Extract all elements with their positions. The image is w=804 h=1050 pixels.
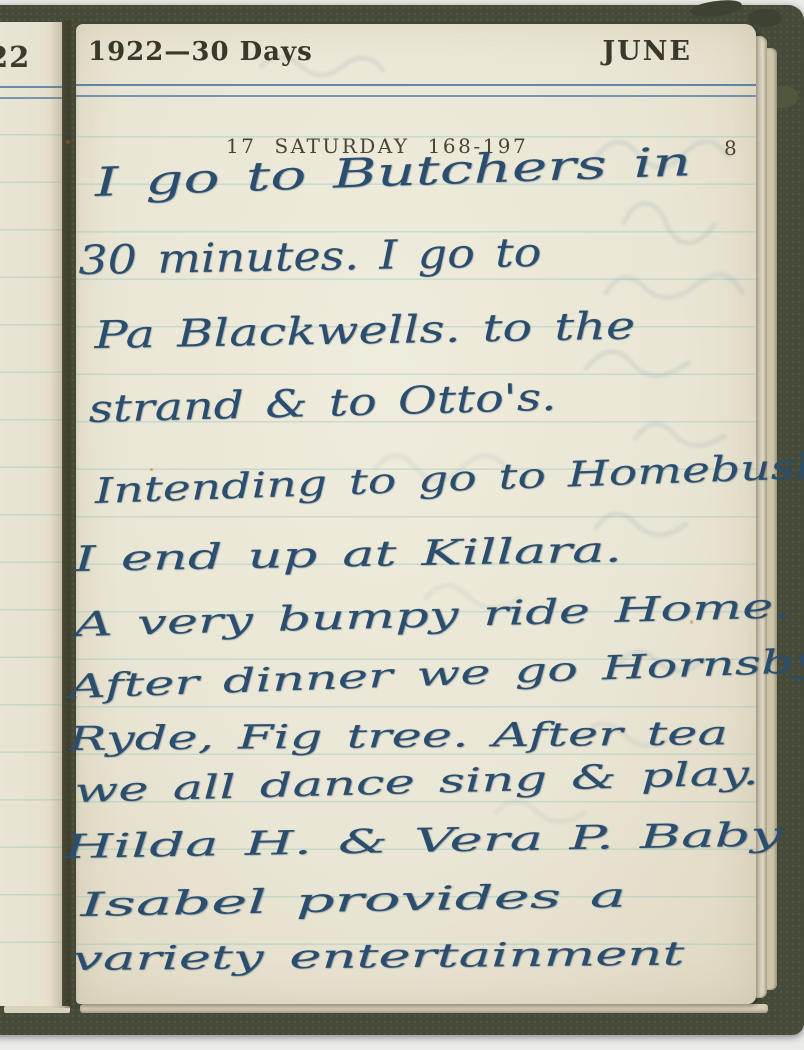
diary-entry-line: we all dance sing & play.: [74, 754, 759, 810]
diary-entry-line: Intending to go to Homebush: [94, 446, 804, 512]
diary-entry-line: Pa Blackwells. to the: [94, 305, 636, 358]
facing-page-year-fragment: 22: [0, 40, 30, 74]
diary-entry-line: After dinner we go Hornsby: [68, 642, 804, 706]
diary-scan: 22 1922—30 Days JUNE 17: [0, 0, 804, 1050]
header-month: JUNE: [602, 36, 692, 67]
printed-double-rule: [76, 84, 756, 97]
diary-entry-line: A very bumpy ride Home.: [74, 587, 791, 645]
page-number: 8: [724, 136, 737, 160]
diary-entry-line: I end up at Killara.: [74, 530, 622, 580]
header-year-days: 1922—30 Days: [88, 37, 313, 67]
page-edge-bottom: [80, 1004, 768, 1013]
diary-entry-line: variety entertainment: [72, 935, 684, 978]
diary-entry-line: Ryde, Fig tree. After tea: [68, 714, 728, 758]
diary-entry-line: 30 minutes. I go to: [78, 230, 542, 284]
diary-page: 1922—30 Days JUNE 17 SATURDAY 168-197 8 …: [76, 24, 756, 1004]
diary-entry-line: Hilda H. & Vera P. Baby: [64, 815, 782, 865]
diary-entry-line: strand & to Otto's.: [88, 376, 557, 432]
torn-cover-fiber: [748, 9, 782, 27]
diary-entry-line: I go to Butchers in: [94, 139, 692, 206]
diary-entry-line: Isabel provides a: [80, 876, 626, 923]
